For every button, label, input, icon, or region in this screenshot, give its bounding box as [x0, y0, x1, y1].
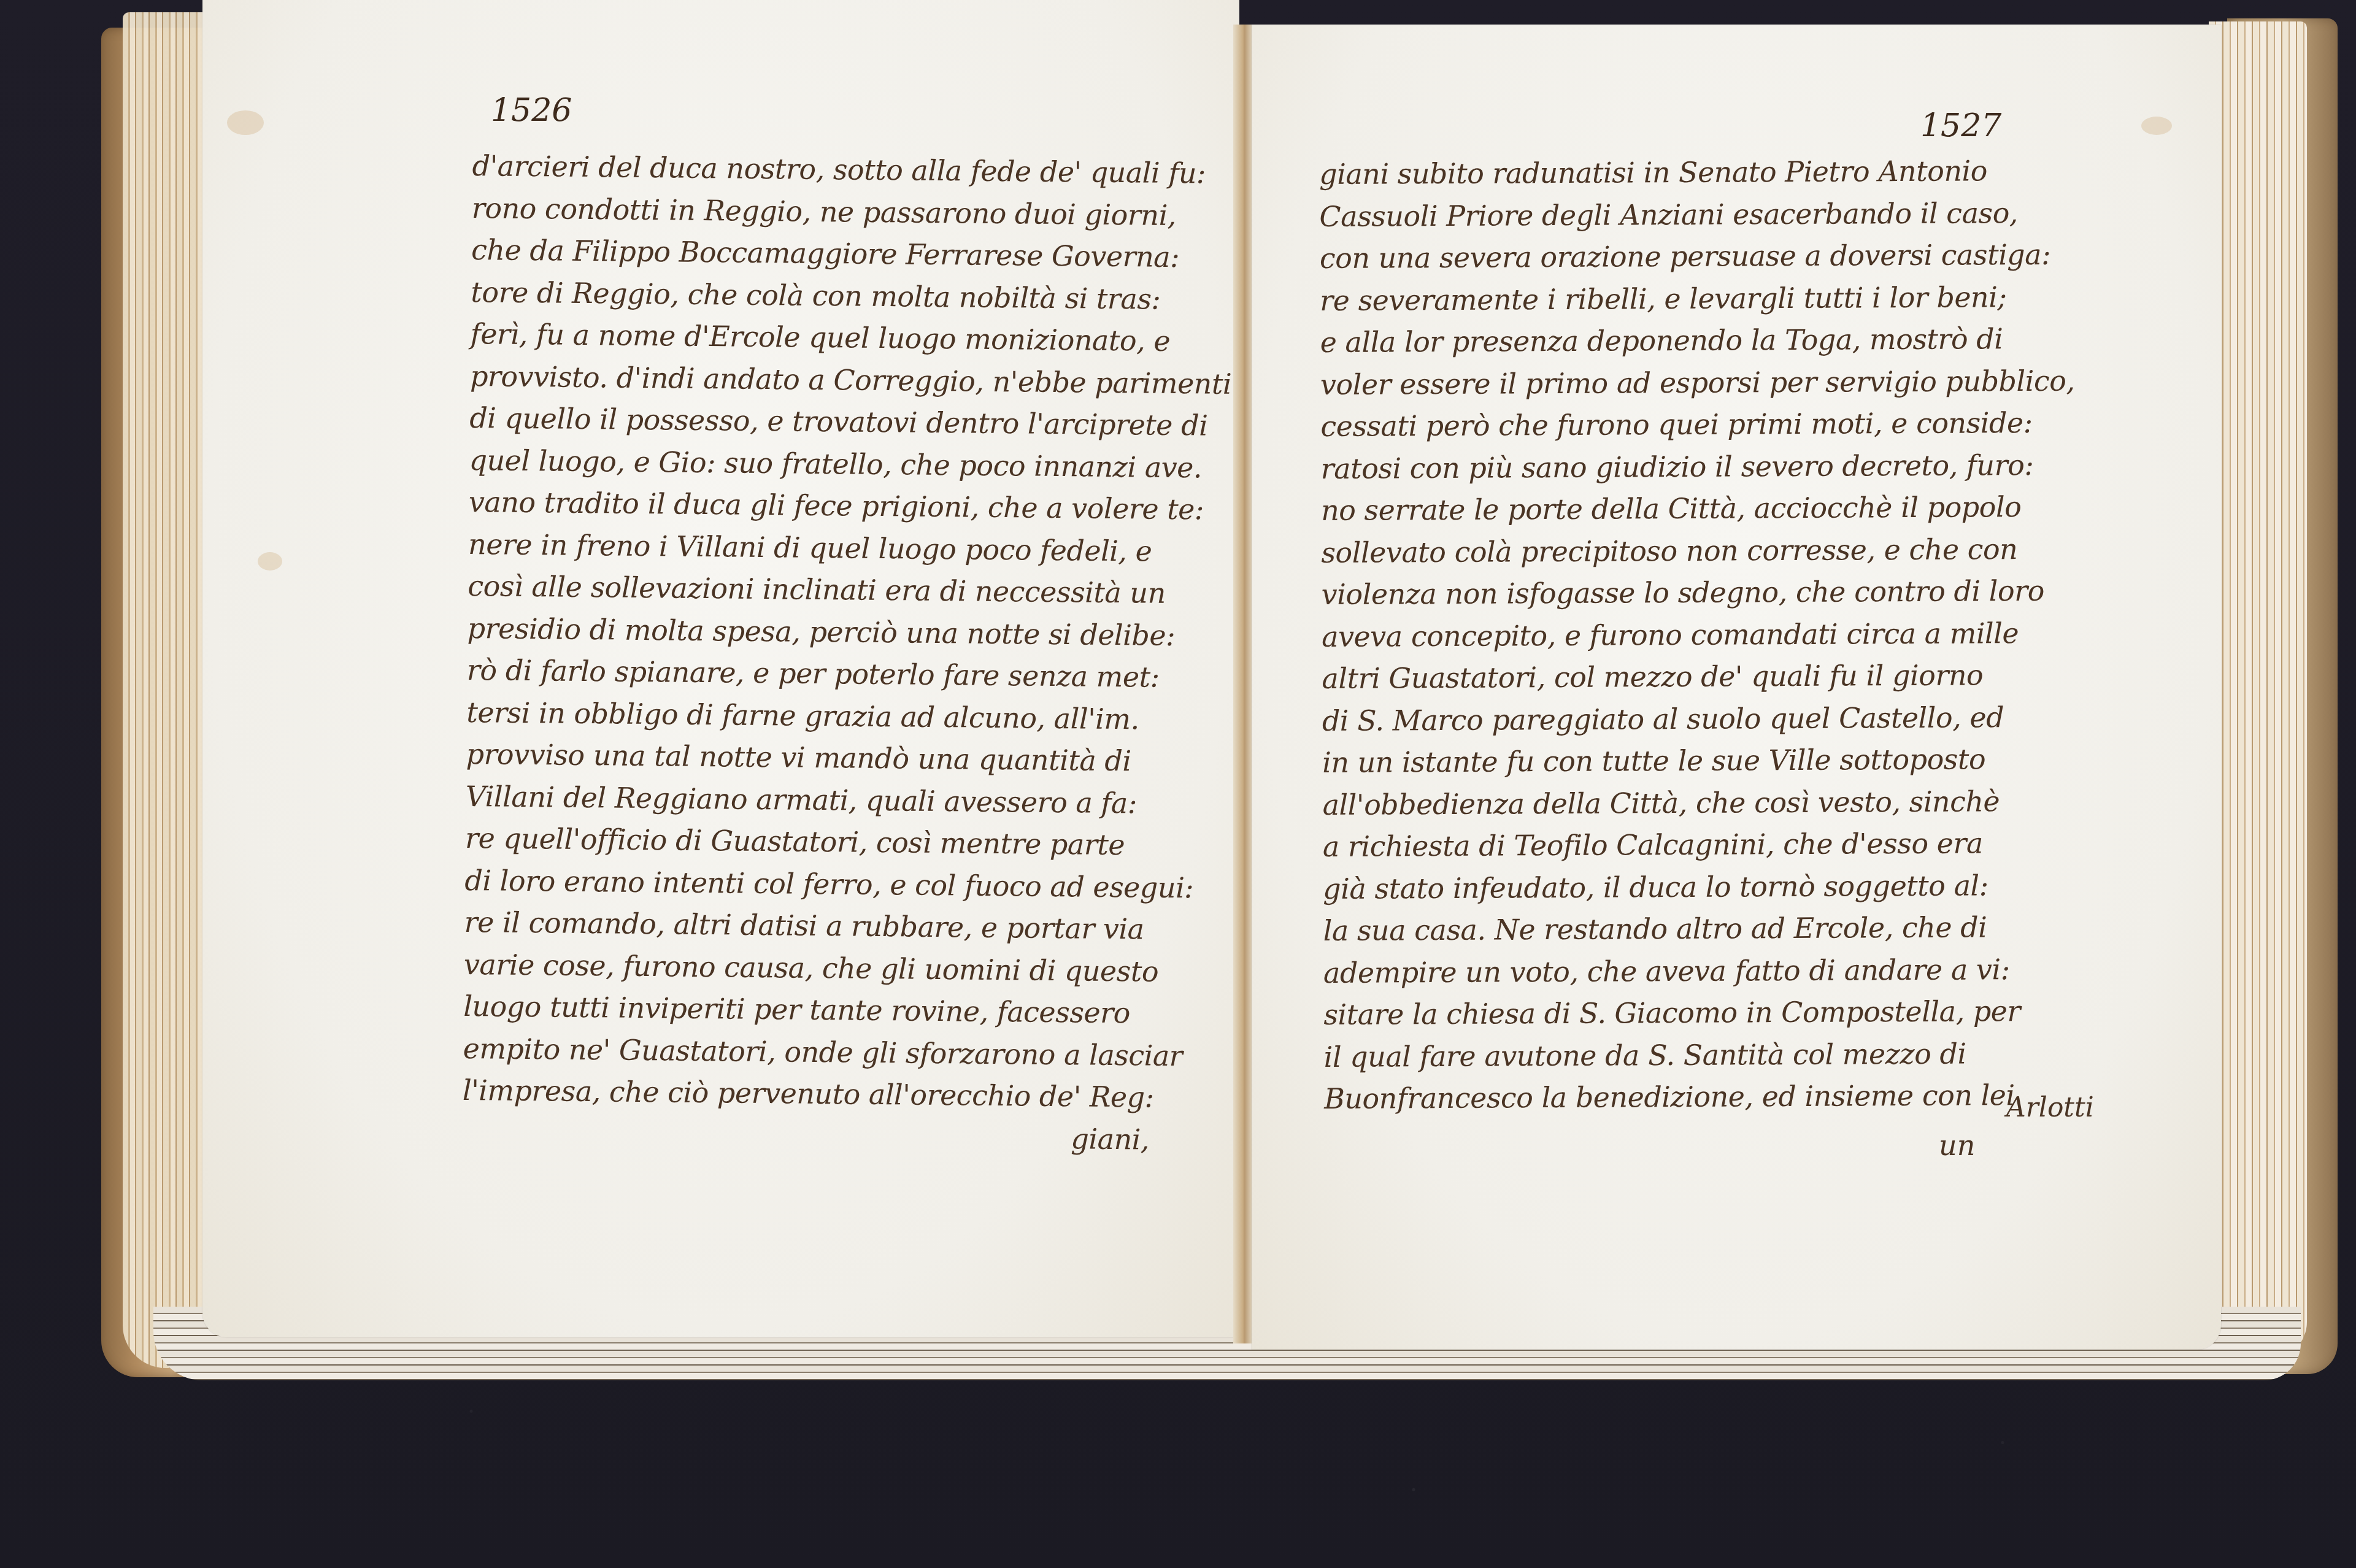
foxing-stain [227, 110, 264, 135]
text-line: re severamente i ribelli, e levargli tut… [1320, 275, 2074, 321]
text-line: a richiesta di Teofilo Calcagnini, che d… [1323, 822, 2077, 868]
right-page-text: giani subito radunatisi in Senato Pietro… [1319, 150, 2079, 1120]
left-page-text: d'arcieri del duca nostro, sotto alla fe… [462, 145, 1234, 1161]
text-line: tersi in obbligo di farne grazia ad alcu… [466, 691, 1228, 740]
text-line: no serrate le porte della Città, acciocc… [1321, 486, 2076, 532]
catchword-left: giani, [462, 1111, 1150, 1160]
open-manuscript-book: 1526 d'arcieri del duca nostro, sotto al… [0, 0, 2356, 1568]
text-line: aveva concepito, e furono comandati circ… [1322, 612, 2076, 658]
text-line: di S. Marco pareggiato al suolo quel Cas… [1322, 696, 2077, 742]
text-line: così alle sollevazioni inclinati era di … [468, 565, 1230, 615]
book-gutter [1233, 25, 1254, 1343]
text-line: adempire un voto, che aveva fatto di and… [1323, 948, 2078, 994]
text-line: ferì, fu a nome d'Ercole quel luogo moni… [470, 313, 1232, 363]
text-line: altri Guastatori, col mezzo de' quali fu… [1322, 654, 2076, 700]
text-line: di loro erano intenti col ferro, e col f… [464, 859, 1226, 909]
text-line: cessati però che furono quei primi moti,… [1320, 402, 2075, 448]
foxing-stain [2141, 117, 2172, 135]
text-line: presidio di molta spesa, perciò una nott… [467, 607, 1229, 656]
catchword-right: un [1939, 1129, 1975, 1162]
foxing-stain [258, 552, 282, 571]
text-line: d'arcieri del duca nostro, sotto alla fe… [472, 145, 1234, 194]
text-line: voler essere il primo ad esporsi per ser… [1320, 359, 2075, 405]
text-line: di quello il possesso, e trovatovi dentr… [469, 397, 1231, 447]
text-line: luogo tutti inviperiti per tante rovine,… [463, 985, 1225, 1035]
margin-note: Arlotti [2006, 1092, 2094, 1123]
text-line: empito ne' Guastatori, onde gli sforzaro… [463, 1027, 1225, 1077]
text-line: Cassuoli Priore degli Anziani esacerband… [1319, 191, 2074, 237]
text-line: rò di farlo spianare, e per poterlo fare… [467, 649, 1229, 699]
text-line: con una severa orazione persuase a dover… [1320, 234, 2074, 280]
text-line: ratosi con più sano giudizio il severo d… [1321, 444, 2076, 490]
text-line: il qual fare avutone da S. Santità col m… [1324, 1032, 2079, 1078]
text-line: Villani del Reggiano armati, quali avess… [466, 775, 1228, 824]
text-line: vano tradito il duca gli fece prigioni, … [469, 481, 1231, 531]
text-line: l'impresa, che ciò pervenuto all'orecchi… [463, 1069, 1225, 1119]
text-line: che da Filippo Boccamaggiore Ferrarese G… [471, 229, 1233, 279]
text-line: sollevato colà precipitoso non corresse,… [1321, 528, 2076, 574]
page-number-left: 1526 [491, 92, 572, 129]
text-line: rono condotti in Reggio, ne passarono du… [472, 186, 1234, 236]
text-line: in un istante fu con tutte le sue Ville … [1322, 738, 2077, 784]
page-number-right: 1527 [1920, 107, 2001, 144]
text-line: violenza non isfogasse lo sdegno, che co… [1322, 570, 2076, 616]
text-line: tore di Reggio, che colà con molta nobil… [471, 271, 1233, 320]
text-line: re quell'officio di Guastatori, così men… [465, 817, 1227, 867]
text-line: e alla lor presenza deponendo la Toga, m… [1320, 318, 2074, 364]
text-line: nere in freno i Villani di quel luogo po… [468, 523, 1230, 572]
text-line: quel luogo, e Gio: suo fratello, che poc… [469, 439, 1231, 488]
text-line: provviso una tal notte vi mandò una quan… [466, 733, 1228, 783]
text-line: giani subito radunatisi in Senato Pietro… [1319, 150, 2074, 196]
text-line: già stato infeudato, il duca lo tornò so… [1323, 864, 2077, 910]
text-line: re il comando, altri datisi a rubbare, e… [464, 901, 1226, 951]
text-line: Buonfrancesco la benedizione, ed insieme… [1324, 1074, 2079, 1120]
right-page-stack-edges [2209, 21, 2307, 1359]
text-line: varie cose, furono causa, che gli uomini… [464, 943, 1226, 993]
text-line: all'obbedienza della Città, che così ves… [1322, 780, 2077, 826]
text-line: sitare la chiesa di S. Giacomo in Compos… [1323, 990, 2078, 1036]
text-line: la sua casa. Ne restando altro ad Ercole… [1323, 906, 2077, 952]
text-line: provvisto. d'indi andato a Correggio, n'… [470, 355, 1232, 404]
